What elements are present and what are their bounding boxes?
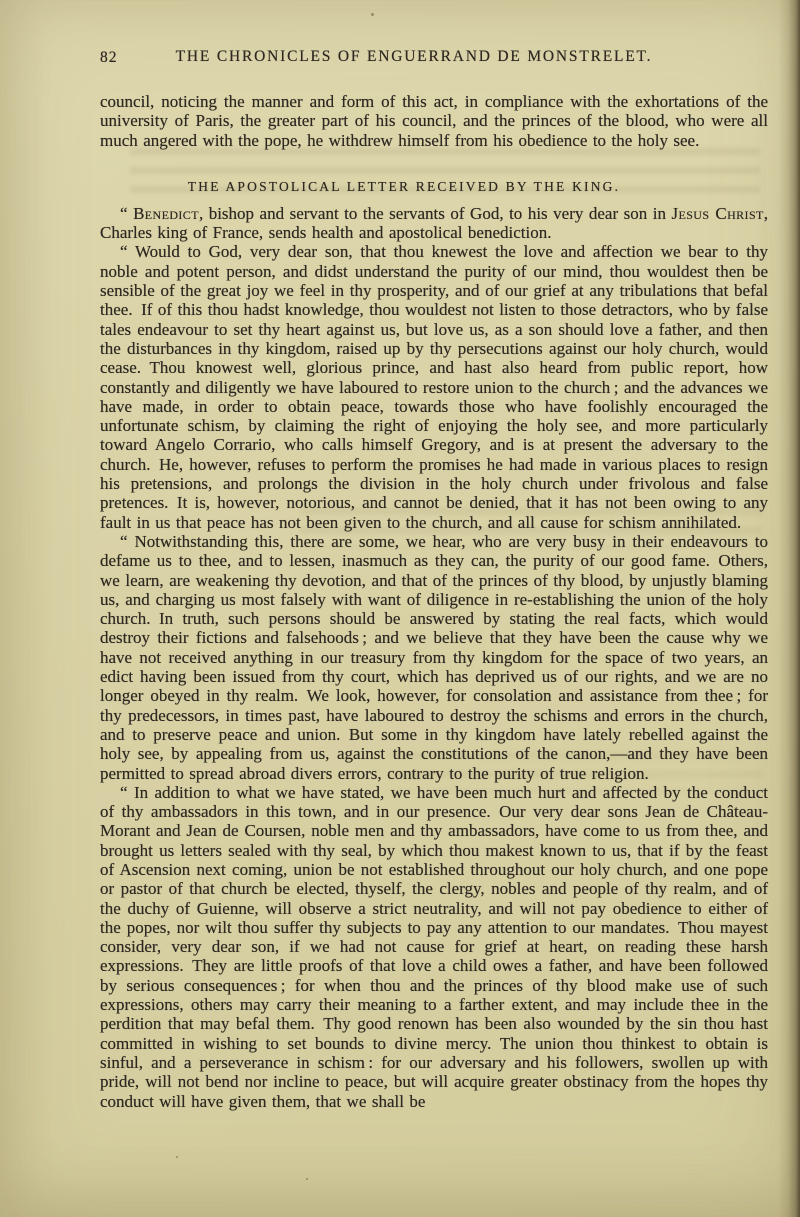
small-caps-text: Benedict — [133, 204, 199, 223]
page-edge-shadow — [778, 0, 800, 1217]
intro-paragraph: council, noticing the manner and form of… — [100, 92, 768, 150]
letter-paragraph: “ Notwithstanding this, there are some, … — [100, 532, 768, 783]
text-segment: “ In addition to what we have stated, we… — [100, 783, 768, 1111]
running-header: 82 THE CHRONICLES OF ENGUERRAND DE MONST… — [100, 48, 768, 66]
book-page-scan: 82 THE CHRONICLES OF ENGUERRAND DE MONST… — [0, 0, 800, 1217]
letter-paragraphs: “ Benedict, bishop and servant to the se… — [100, 204, 768, 1111]
paper-speck — [306, 1178, 308, 1180]
text-segment: “ — [120, 204, 133, 223]
text-column: 82 THE CHRONICLES OF ENGUERRAND DE MONST… — [100, 48, 768, 1111]
small-caps-text: Jesus Christ — [671, 204, 763, 223]
running-title: THE CHRONICLES OF ENGUERRAND DE MONSTREL… — [80, 48, 748, 66]
letter-paragraph: “ Benedict, bishop and servant to the se… — [100, 204, 768, 243]
paper-speck — [176, 1156, 178, 1158]
text-segment: “ Notwithstanding this, there are some, … — [100, 532, 768, 783]
section-heading: THE APOSTOLICAL LETTER RECEIVED BY THE K… — [70, 179, 738, 195]
letter-paragraph: “ In addition to what we have stated, we… — [100, 783, 768, 1111]
text-segment: “ Would to God, very dear son, that thou… — [100, 242, 768, 531]
text-segment: , bishop and servant to the servants of … — [199, 204, 672, 223]
paper-speck — [371, 13, 374, 16]
letter-paragraph: “ Would to God, very dear son, that thou… — [100, 242, 768, 531]
